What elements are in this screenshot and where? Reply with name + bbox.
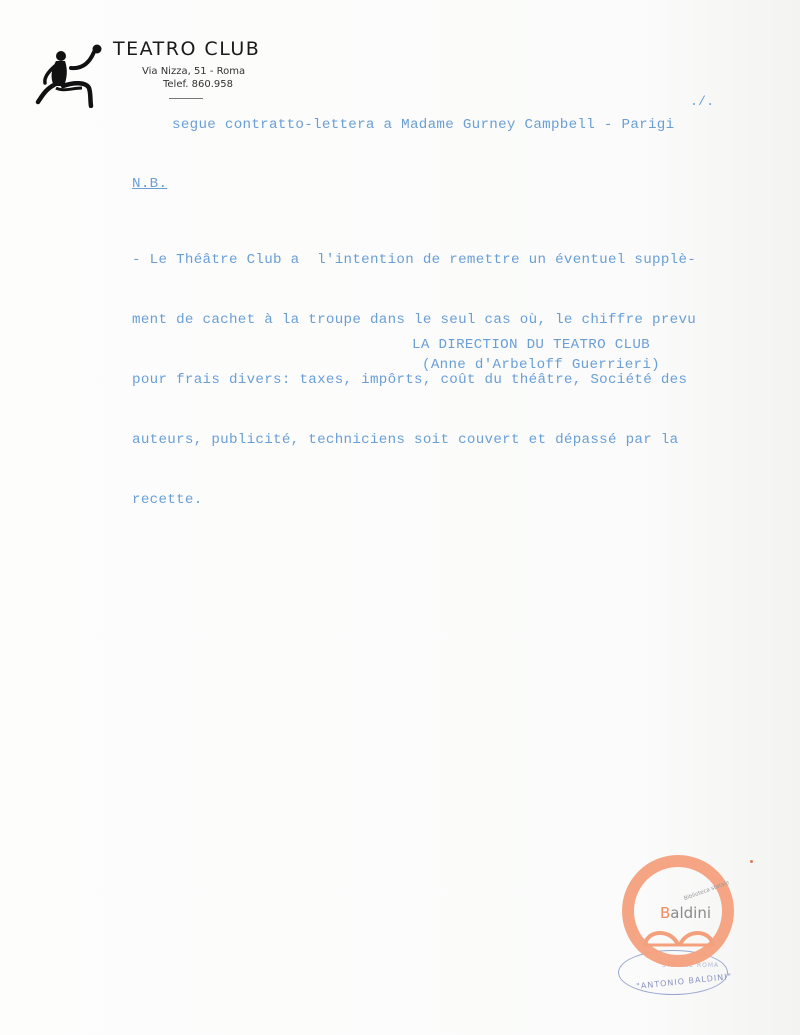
letterhead-rule xyxy=(169,98,203,99)
paragraph-line: - Le Théâtre Club a l'intention de remet… xyxy=(132,250,696,270)
paragraph-line: ment de cachet à la troupe dans le seul … xyxy=(132,310,696,330)
stamp-name: Baldini xyxy=(660,904,711,922)
signature-title: LA DIRECTION DU TEATRO CLUB xyxy=(412,337,650,353)
stamp-name-rest: aldini xyxy=(670,904,711,922)
document-page: TEATRO CLUB Via Nizza, 51 - Roma Telef. … xyxy=(0,0,800,1035)
letterhead-phone: Telef. 860.958 xyxy=(163,79,233,90)
nb-heading: N.B. xyxy=(132,176,167,192)
dancing-figure-icon xyxy=(34,42,104,108)
paragraph-line: recette. xyxy=(132,490,696,510)
nb-paragraph: - Le Théâtre Club a l'intention de remet… xyxy=(132,210,696,550)
letterhead: TEATRO CLUB Via Nizza, 51 - Roma Telef. … xyxy=(113,38,293,60)
subject-line: segue contratto-lettera a Madame Gurney … xyxy=(172,117,674,133)
letterhead-address: Via Nizza, 51 - Roma xyxy=(142,66,245,77)
stamp-name-initial: B xyxy=(660,904,670,922)
continuation-mark: ./. xyxy=(690,94,714,109)
library-stamp xyxy=(612,855,762,1005)
letterhead-title: TEATRO CLUB xyxy=(113,38,293,60)
paragraph-line: pour frais divers: taxes, impôrts, coût … xyxy=(132,370,696,390)
signature-name: (Anne d'Arbeloff Guerrieri) xyxy=(422,357,660,373)
paragraph-line: auteurs, publicité, techniciens soit cou… xyxy=(132,430,696,450)
open-book-icon xyxy=(642,923,716,947)
